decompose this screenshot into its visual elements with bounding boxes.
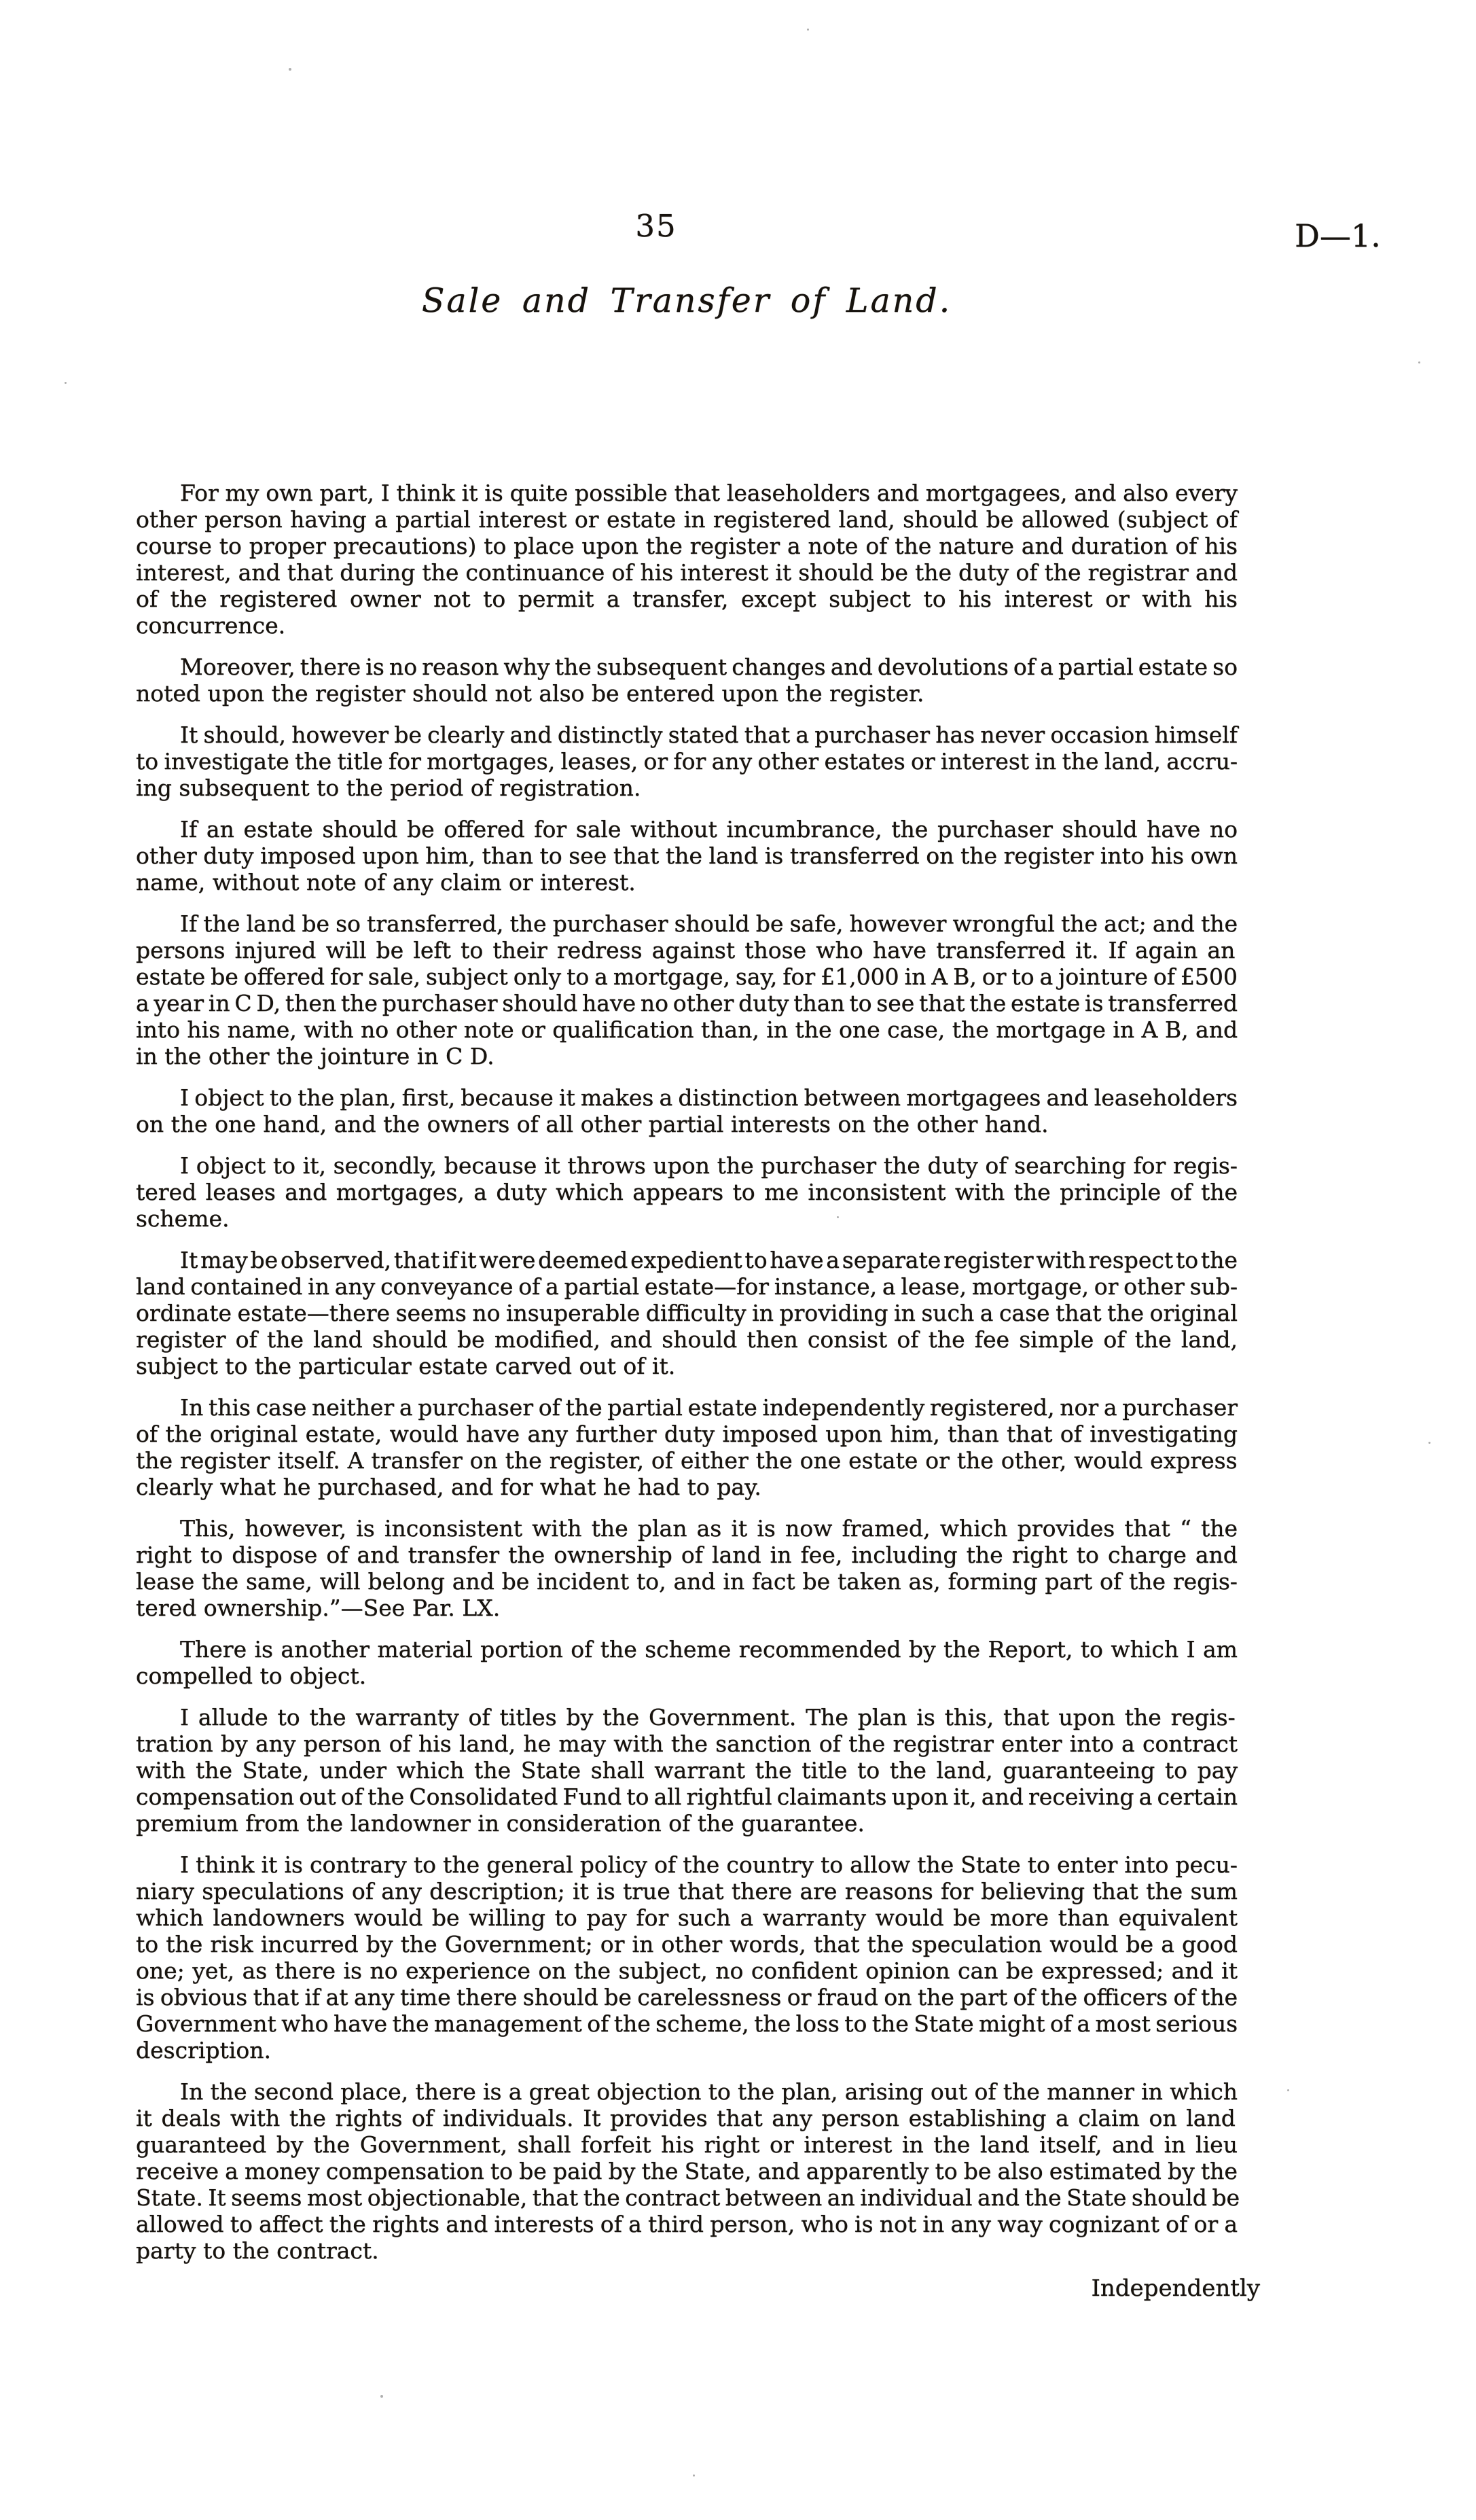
text-line: Moreover, there is no reason why the sub…	[136, 654, 1238, 680]
text-line: guaranteed by the Government, shall forf…	[136, 2131, 1238, 2158]
text-line: compensation out of the Consolidated Fun…	[136, 1783, 1238, 1810]
text-line: of the registered owner not to permit a …	[136, 586, 1238, 612]
text-line: allowed to affect the rights and interes…	[136, 2211, 1238, 2237]
scan-speck	[289, 68, 291, 71]
text-line: In the second place, there is a great ob…	[136, 2078, 1238, 2105]
document-page: 35 D—1. Sale and Transfer of Land. For m…	[0, 0, 1476, 2520]
scan-speck	[1287, 2089, 1289, 2091]
text-line: is obvious that if at any time there sho…	[136, 1984, 1238, 2010]
text-line: tration by any person of his land, he ma…	[136, 1731, 1238, 1757]
text-line: estate be offered for sale, subject only…	[136, 963, 1238, 990]
text-line: noted upon the register should not also …	[136, 680, 1238, 707]
scan-speck	[1418, 361, 1420, 363]
text-line: compelled to object.	[136, 1663, 1238, 1689]
text-line: course to proper precautions) to place u…	[136, 533, 1238, 559]
text-line: It may be observed, that if it were deem…	[136, 1247, 1238, 1273]
text-line: to investigate the title for mortgages, …	[136, 748, 1238, 775]
text-line: persons injured will be left to their re…	[136, 937, 1238, 963]
page-title: Sale and Transfer of Land.	[136, 281, 1238, 320]
text-line: If the land be so transferred, the purch…	[136, 910, 1238, 937]
paragraph: I think it is contrary to the general po…	[136, 1851, 1238, 2063]
text-line: it deals with the rights of individuals.…	[136, 2105, 1238, 2131]
text-line: with the State, under which the State sh…	[136, 1757, 1238, 1783]
text-line: In this case neither a purchaser of the …	[136, 1394, 1238, 1421]
paragraph: This, however, is inconsistent with the …	[136, 1515, 1238, 1621]
text-line: concurrence.	[136, 612, 1238, 639]
text-line: premium from the landowner in considerat…	[136, 1810, 1238, 1836]
text-line: I allude to the warranty of titles by th…	[136, 1704, 1238, 1731]
scan-speck	[380, 2395, 383, 2398]
document-body: For my own part, I think it is quite pos…	[136, 480, 1238, 2279]
text-line: subject to the particular estate carved …	[136, 1353, 1238, 1379]
text-line: to the risk incurred by the Government; …	[136, 1931, 1238, 1957]
scan-speck	[807, 29, 809, 31]
paragraph: It may be observed, that if it were deem…	[136, 1247, 1238, 1379]
text-line: I object to it, secondly, because it thr…	[136, 1152, 1238, 1179]
text-line: register of the land should be modified,…	[136, 1326, 1238, 1353]
scan-speck	[837, 1216, 839, 1218]
text-line: For my own part, I think it is quite pos…	[136, 480, 1238, 506]
paragraph: Moreover, there is no reason why the sub…	[136, 654, 1238, 707]
text-line: If an estate should be offered for sale …	[136, 816, 1238, 842]
paragraph: If an estate should be offered for sale …	[136, 816, 1238, 895]
text-line: a year in C D, then the purchaser should…	[136, 990, 1238, 1016]
page-number: 35	[136, 208, 1176, 244]
text-line: receive a money compensation to be paid …	[136, 2158, 1238, 2184]
page-header: 35	[136, 208, 1238, 249]
scan-speck	[65, 382, 67, 384]
paragraph: There is another material portion of the…	[136, 1636, 1238, 1689]
text-line: I think it is contrary to the general po…	[136, 1851, 1238, 1878]
paragraph: In this case neither a purchaser of the …	[136, 1394, 1238, 1500]
text-line: land contained in any conveyance of a pa…	[136, 1273, 1238, 1300]
doc-reference: D—1.	[1295, 217, 1381, 254]
text-line: one; yet, as there is no experience on t…	[136, 1957, 1238, 1984]
paragraph: I allude to the warranty of titles by th…	[136, 1704, 1238, 1836]
text-line: right to dispose of and transfer the own…	[136, 1542, 1238, 1568]
text-line: This, however, is inconsistent with the …	[136, 1515, 1238, 1542]
paragraph: If the land be so transferred, the purch…	[136, 910, 1238, 1069]
text-line: into his name, with no other note or qua…	[136, 1016, 1238, 1043]
text-line: ordinate estate—there seems no insuperab…	[136, 1300, 1238, 1326]
text-line: niary speculations of any description; i…	[136, 1878, 1238, 1904]
text-line: of the original estate, would have any f…	[136, 1421, 1238, 1447]
text-line: which landowners would be willing to pay…	[136, 1904, 1238, 1931]
text-line: clearly what he purchased, and for what …	[136, 1474, 1238, 1500]
text-line: tered leases and mortgages, a duty which…	[136, 1179, 1238, 1205]
paragraph: I object to the plan, first, because it …	[136, 1084, 1238, 1137]
catchword: Independently	[1091, 2275, 1260, 2302]
text-line: There is another material portion of the…	[136, 1636, 1238, 1663]
text-line: party to the contract.	[136, 2237, 1238, 2264]
text-line: tered ownership.”—See Par. LX.	[136, 1595, 1238, 1621]
text-line: It should, however be clearly and distin…	[136, 722, 1238, 748]
text-line: name, without note of any claim or inter…	[136, 869, 1238, 895]
paragraph: For my own part, I think it is quite pos…	[136, 480, 1238, 639]
scan-speck	[1428, 1442, 1430, 1444]
text-line: the register itself. A transfer on the r…	[136, 1447, 1238, 1474]
scan-speck	[693, 2474, 695, 2477]
text-line: other duty imposed upon him, than to see…	[136, 842, 1238, 869]
text-line: interest, and that during the continuanc…	[136, 559, 1238, 586]
text-line: description.	[136, 2037, 1238, 2063]
text-line: I object to the plan, first, because it …	[136, 1084, 1238, 1111]
text-line: in the other the jointure in C D.	[136, 1043, 1238, 1069]
text-line: lease the same, will belong and be incid…	[136, 1568, 1238, 1595]
text-line: scheme.	[136, 1205, 1238, 1232]
paragraph: In the second place, there is a great ob…	[136, 2078, 1238, 2264]
paragraph: I object to it, secondly, because it thr…	[136, 1152, 1238, 1232]
text-line: on the one hand, and the owners of all o…	[136, 1111, 1238, 1137]
text-line: Government who have the management of th…	[136, 2010, 1238, 2037]
text-line: State. It seems most objectionable, that…	[136, 2184, 1238, 2211]
text-line: ing subsequent to the period of registra…	[136, 775, 1238, 801]
paragraph: It should, however be clearly and distin…	[136, 722, 1238, 801]
text-line: other person having a partial interest o…	[136, 506, 1238, 533]
